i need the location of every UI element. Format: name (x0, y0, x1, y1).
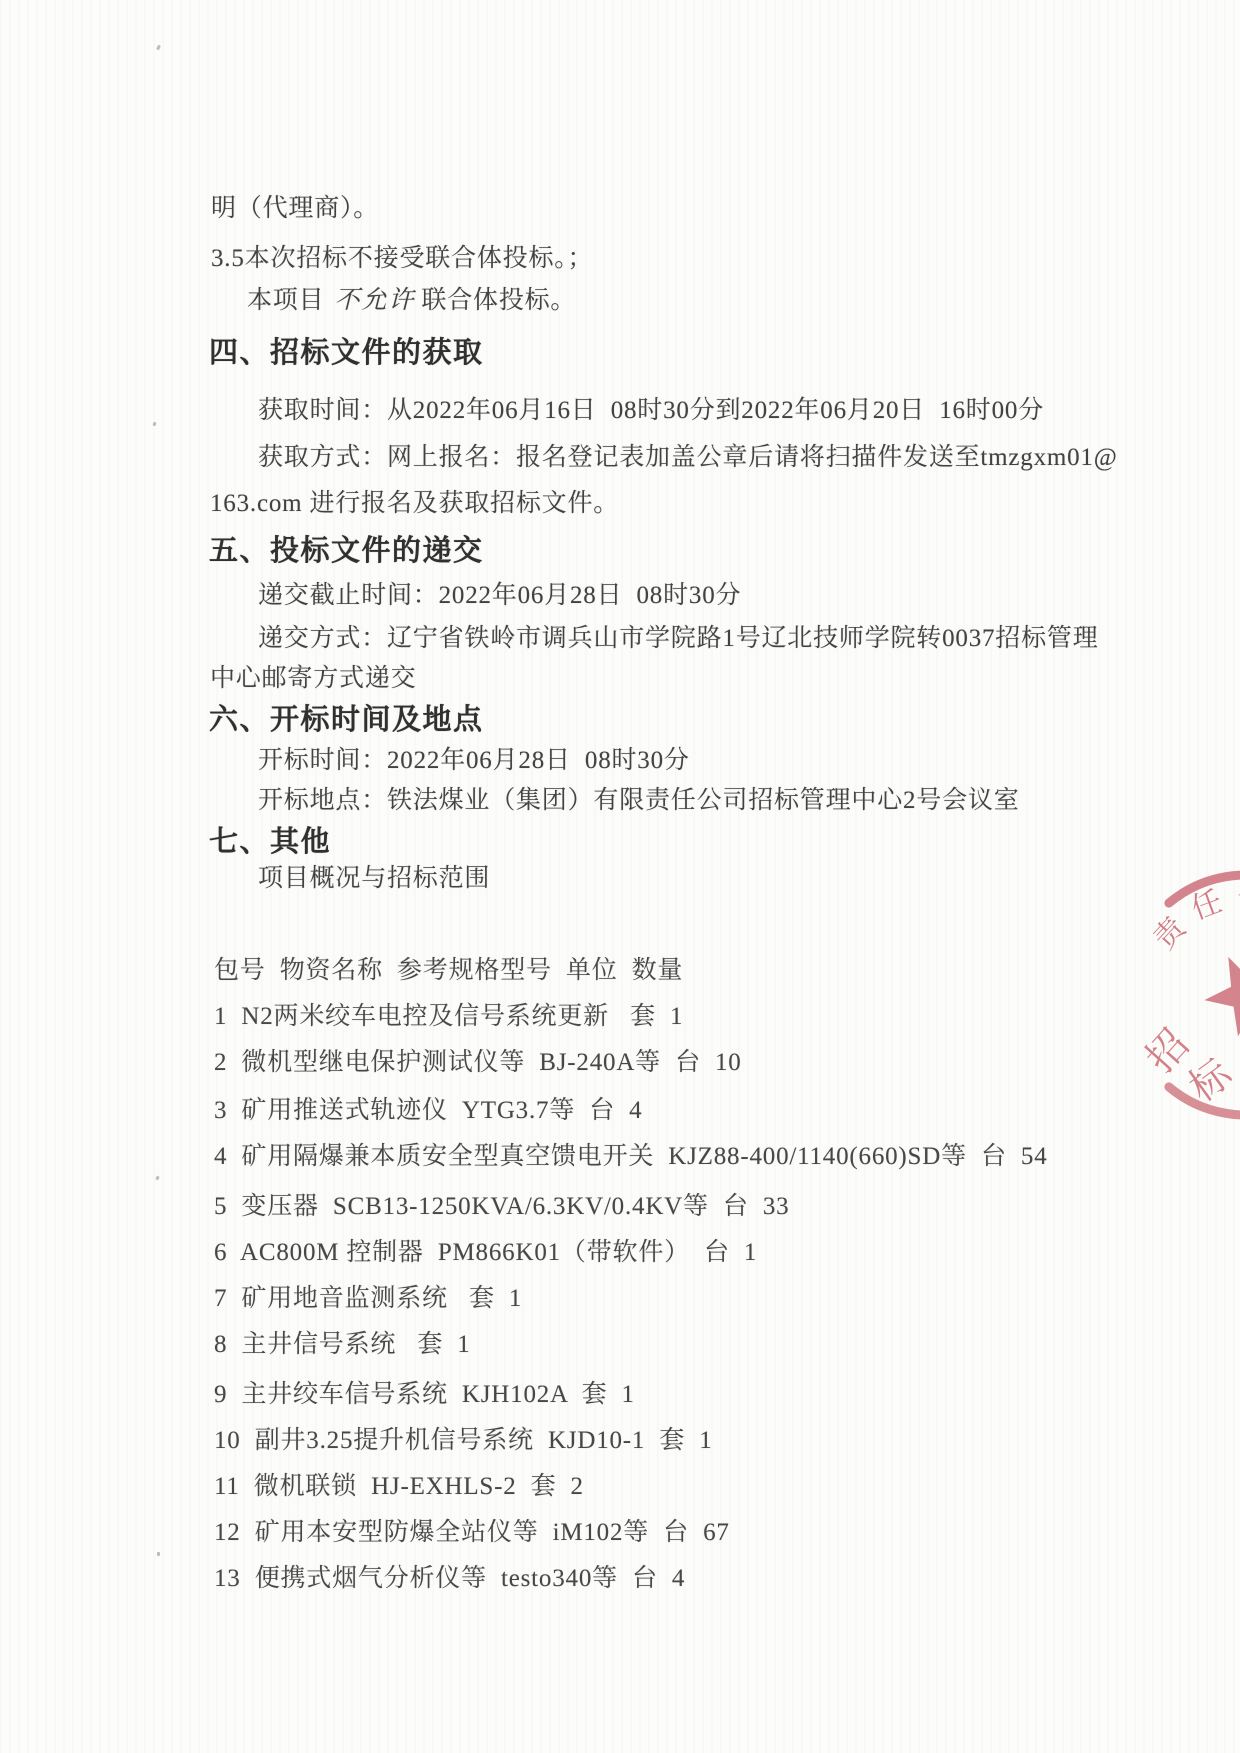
paragraph-line-continuation: 明（代理商）。 (211, 188, 379, 224)
scan-speck (157, 1552, 160, 1556)
item-row-2: 2 微机型继电保护测试仪等 BJ-240A等 台 10 (214, 1042, 742, 1078)
project-scope-line: 项目概况与招标范围 (258, 858, 490, 894)
item-row-10: 10 副井3.25提升机信号系统 KJD10-1 套 1 (214, 1420, 713, 1456)
document-page: 明（代理商）。 3.5本次招标不接受联合体投标。； 本项目不允许联合体投标。 四… (0, 0, 1240, 1753)
item-row-7: 7 矿用地音监测系统 套 1 (214, 1278, 522, 1314)
section-heading-others: 七、其他 (209, 819, 331, 860)
project-text-emphasis: 不允许 (334, 287, 415, 314)
scan-speck (152, 422, 156, 427)
scan-speck (155, 1176, 160, 1181)
item-row-5: 5 变压器 SCB13-1250KVA/6.3KV/0.4KV等 台 33 (214, 1186, 789, 1222)
obtain-method-line-2: 163.com 进行报名及获取招标文件。 (210, 483, 619, 519)
project-text-prefix: 本项目 (247, 287, 324, 314)
item-row-9: 9 主井绞车信号系统 KJH102A 套 1 (214, 1374, 635, 1410)
paragraph-line-project: 本项目不允许联合体投标。 (247, 280, 576, 316)
section-heading-bid-submission: 五、投标文件的递交 (209, 528, 484, 569)
section-heading-bid-opening: 六、开标时间及地点 (209, 697, 484, 738)
submission-deadline-line: 递交截止时间：2022年06月28日 08时30分 (258, 575, 741, 611)
obtain-method-line: 获取方式：网上报名：报名登记表加盖公章后请将扫描件发送至tmzgxm01@ (258, 437, 1118, 473)
opening-place-line: 开标地点：铁法煤业（集团）有限责任公司招标管理中心2号会议室 (258, 780, 1020, 816)
item-row-1: 1 N2两米绞车电控及信号系统更新 套 1 (214, 996, 683, 1032)
project-text-suffix: 联合体投标。 (421, 287, 576, 314)
company-seal-stamp: 责任公 招 标 (1120, 845, 1240, 1165)
item-row-12: 12 矿用本安型防爆全站仪等 iM102等 台 67 (214, 1512, 730, 1548)
item-row-6: 6 AC800M 控制器 PM866K01（带软件） 台 1 (214, 1232, 757, 1268)
seal-star-icon (1192, 940, 1240, 1043)
scan-speck (156, 45, 161, 51)
opening-time-line: 开标时间：2022年06月28日 08时30分 (258, 740, 690, 776)
paragraph-line-3-5: 3.5本次招标不接受联合体投标。； (211, 238, 593, 274)
item-row-8: 8 主井信号系统 套 1 (214, 1324, 471, 1360)
submission-method-line-2: 中心邮寄方式递交 (210, 658, 416, 694)
submission-method-line: 递交方式：辽宁省铁岭市调兵山市学院路1号辽北技师学院转0037招标管理 (258, 618, 1099, 654)
item-row-3: 3 矿用推送式轨迹仪 YTG3.7等 台 4 (214, 1090, 642, 1126)
section-heading-obtain-documents: 四、招标文件的获取 (209, 330, 484, 371)
obtain-time-line: 获取时间：从2022年06月16日 08时30分到2022年06月20日 16时… (258, 390, 1044, 426)
item-row-13: 13 便携式烟气分析仪等 testo340等 台 4 (214, 1558, 685, 1594)
item-row-4: 4 矿用隔爆兼本质安全型真空馈电开关 KJZ88-400/1140(660)SD… (214, 1136, 1048, 1172)
item-row-11: 11 微机联锁 HJ-EXHLS-2 套 2 (214, 1466, 584, 1502)
item-list-header: 包号 物资名称 参考规格型号 单位 数量 (214, 950, 683, 986)
